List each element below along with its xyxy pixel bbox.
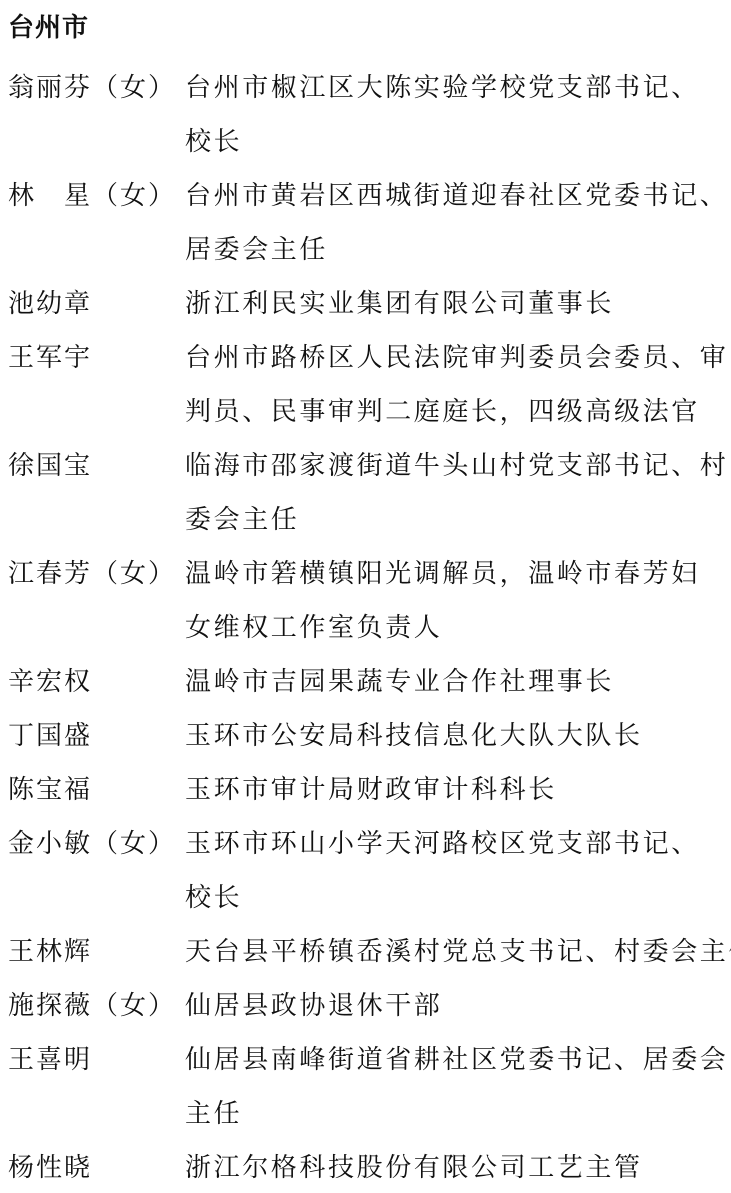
title-line: 台州市路桥区人民法院审判委员会委员、审 xyxy=(185,331,731,385)
list-item: 池幼章 浙江利民实业集团有限公司董事长 xyxy=(8,277,731,331)
title-line: 浙江尔格科技股份有限公司工艺主管 xyxy=(185,1141,731,1193)
person-title: 临海市邵家渡街道牛头山村党支部书记、村 委会主任 xyxy=(185,439,731,547)
person-name: 杨性晓 xyxy=(8,1141,185,1193)
section-heading-taizhou: 台州市 xyxy=(8,8,89,48)
list-item: 施探薇（女） 仙居县政协退休干部 xyxy=(8,979,731,1033)
list-item: 杨性晓 浙江尔格科技股份有限公司工艺主管 xyxy=(8,1141,731,1193)
title-line: 台州市黄岩区西城街道迎春社区党委书记、 xyxy=(185,169,731,223)
list-item: 王林辉 天台县平桥镇岙溪村党总支书记、村委会主任 xyxy=(8,925,731,979)
list-item: 金小敏（女） 玉环市环山小学天河路校区党支部书记、 校长 xyxy=(8,817,731,925)
person-title: 玉环市公安局科技信息化大队大队长 xyxy=(185,709,731,763)
title-line: 仙居县政协退休干部 xyxy=(185,979,731,1033)
list-item: 陈宝福 玉环市审计局财政审计科科长 xyxy=(8,763,731,817)
list-item: 翁丽芬（女） 台州市椒江区大陈实验学校党支部书记、 校长 xyxy=(8,61,731,169)
title-line: 玉环市环山小学天河路校区党支部书记、 xyxy=(185,817,731,871)
person-title: 仙居县南峰街道省耕社区党委书记、居委会 主任 xyxy=(185,1033,731,1141)
person-title: 玉环市环山小学天河路校区党支部书记、 校长 xyxy=(185,817,731,925)
person-name: 池幼章 xyxy=(8,277,185,331)
title-line: 校长 xyxy=(185,115,731,169)
title-line: 校长 xyxy=(185,871,731,925)
person-title: 浙江尔格科技股份有限公司工艺主管 xyxy=(185,1141,731,1193)
person-name: 王喜明 xyxy=(8,1033,185,1141)
person-title: 台州市黄岩区西城街道迎春社区党委书记、 居委会主任 xyxy=(185,169,731,277)
person-title: 台州市路桥区人民法院审判委员会委员、审 判员、民事审判二庭庭长，四级高级法官 xyxy=(185,331,731,439)
list-item: 辛宏权 温岭市吉园果蔬专业合作社理事长 xyxy=(8,655,731,709)
title-line: 天台县平桥镇岙溪村党总支书记、村委会主任 xyxy=(185,925,731,979)
list-item: 江春芳（女） 温岭市箬横镇阳光调解员，温岭市春芳妇 女维权工作室负责人 xyxy=(8,547,731,655)
list-item: 丁国盛 玉环市公安局科技信息化大队大队长 xyxy=(8,709,731,763)
title-line: 仙居县南峰街道省耕社区党委书记、居委会 xyxy=(185,1033,731,1087)
title-line: 判员、民事审判二庭庭长，四级高级法官 xyxy=(185,385,731,439)
title-line: 主任 xyxy=(185,1087,731,1141)
title-line: 玉环市公安局科技信息化大队大队长 xyxy=(185,709,731,763)
person-title: 温岭市吉园果蔬专业合作社理事长 xyxy=(185,655,731,709)
title-line: 委会主任 xyxy=(185,493,731,547)
person-name: 王军宇 xyxy=(8,331,185,439)
person-name: 翁丽芬（女） xyxy=(8,61,185,169)
title-line: 浙江利民实业集团有限公司董事长 xyxy=(185,277,731,331)
person-name: 徐国宝 xyxy=(8,439,185,547)
list-item: 王军宇 台州市路桥区人民法院审判委员会委员、审 判员、民事审判二庭庭长，四级高级… xyxy=(8,331,731,439)
person-name: 陈宝福 xyxy=(8,763,185,817)
title-line: 温岭市吉园果蔬专业合作社理事长 xyxy=(185,655,731,709)
person-title: 仙居县政协退休干部 xyxy=(185,979,731,1033)
list-item: 徐国宝 临海市邵家渡街道牛头山村党支部书记、村 委会主任 xyxy=(8,439,731,547)
list-item: 林 星（女） 台州市黄岩区西城街道迎春社区党委书记、 居委会主任 xyxy=(8,169,731,277)
person-name: 丁国盛 xyxy=(8,709,185,763)
list-item: 王喜明 仙居县南峰街道省耕社区党委书记、居委会 主任 xyxy=(8,1033,731,1141)
person-name: 江春芳（女） xyxy=(8,547,185,655)
person-name: 林 星（女） xyxy=(8,169,185,277)
title-line: 女维权工作室负责人 xyxy=(185,601,731,655)
person-title: 温岭市箬横镇阳光调解员，温岭市春芳妇 女维权工作室负责人 xyxy=(185,547,731,655)
title-line: 居委会主任 xyxy=(185,223,731,277)
person-name: 施探薇（女） xyxy=(8,979,185,1033)
person-title: 玉环市审计局财政审计科科长 xyxy=(185,763,731,817)
person-title: 浙江利民实业集团有限公司董事长 xyxy=(185,277,731,331)
person-name: 金小敏（女） xyxy=(8,817,185,925)
title-line: 台州市椒江区大陈实验学校党支部书记、 xyxy=(185,61,731,115)
title-line: 临海市邵家渡街道牛头山村党支部书记、村 xyxy=(185,439,731,493)
title-line: 玉环市审计局财政审计科科长 xyxy=(185,763,731,817)
person-title: 台州市椒江区大陈实验学校党支部书记、 校长 xyxy=(185,61,731,169)
title-line: 温岭市箬横镇阳光调解员，温岭市春芳妇 xyxy=(185,547,731,601)
person-name: 辛宏权 xyxy=(8,655,185,709)
person-name: 王林辉 xyxy=(8,925,185,979)
person-title: 天台县平桥镇岙溪村党总支书记、村委会主任 xyxy=(185,925,731,979)
honoree-list: 翁丽芬（女） 台州市椒江区大陈实验学校党支部书记、 校长 林 星（女） 台州市黄… xyxy=(8,61,731,1193)
